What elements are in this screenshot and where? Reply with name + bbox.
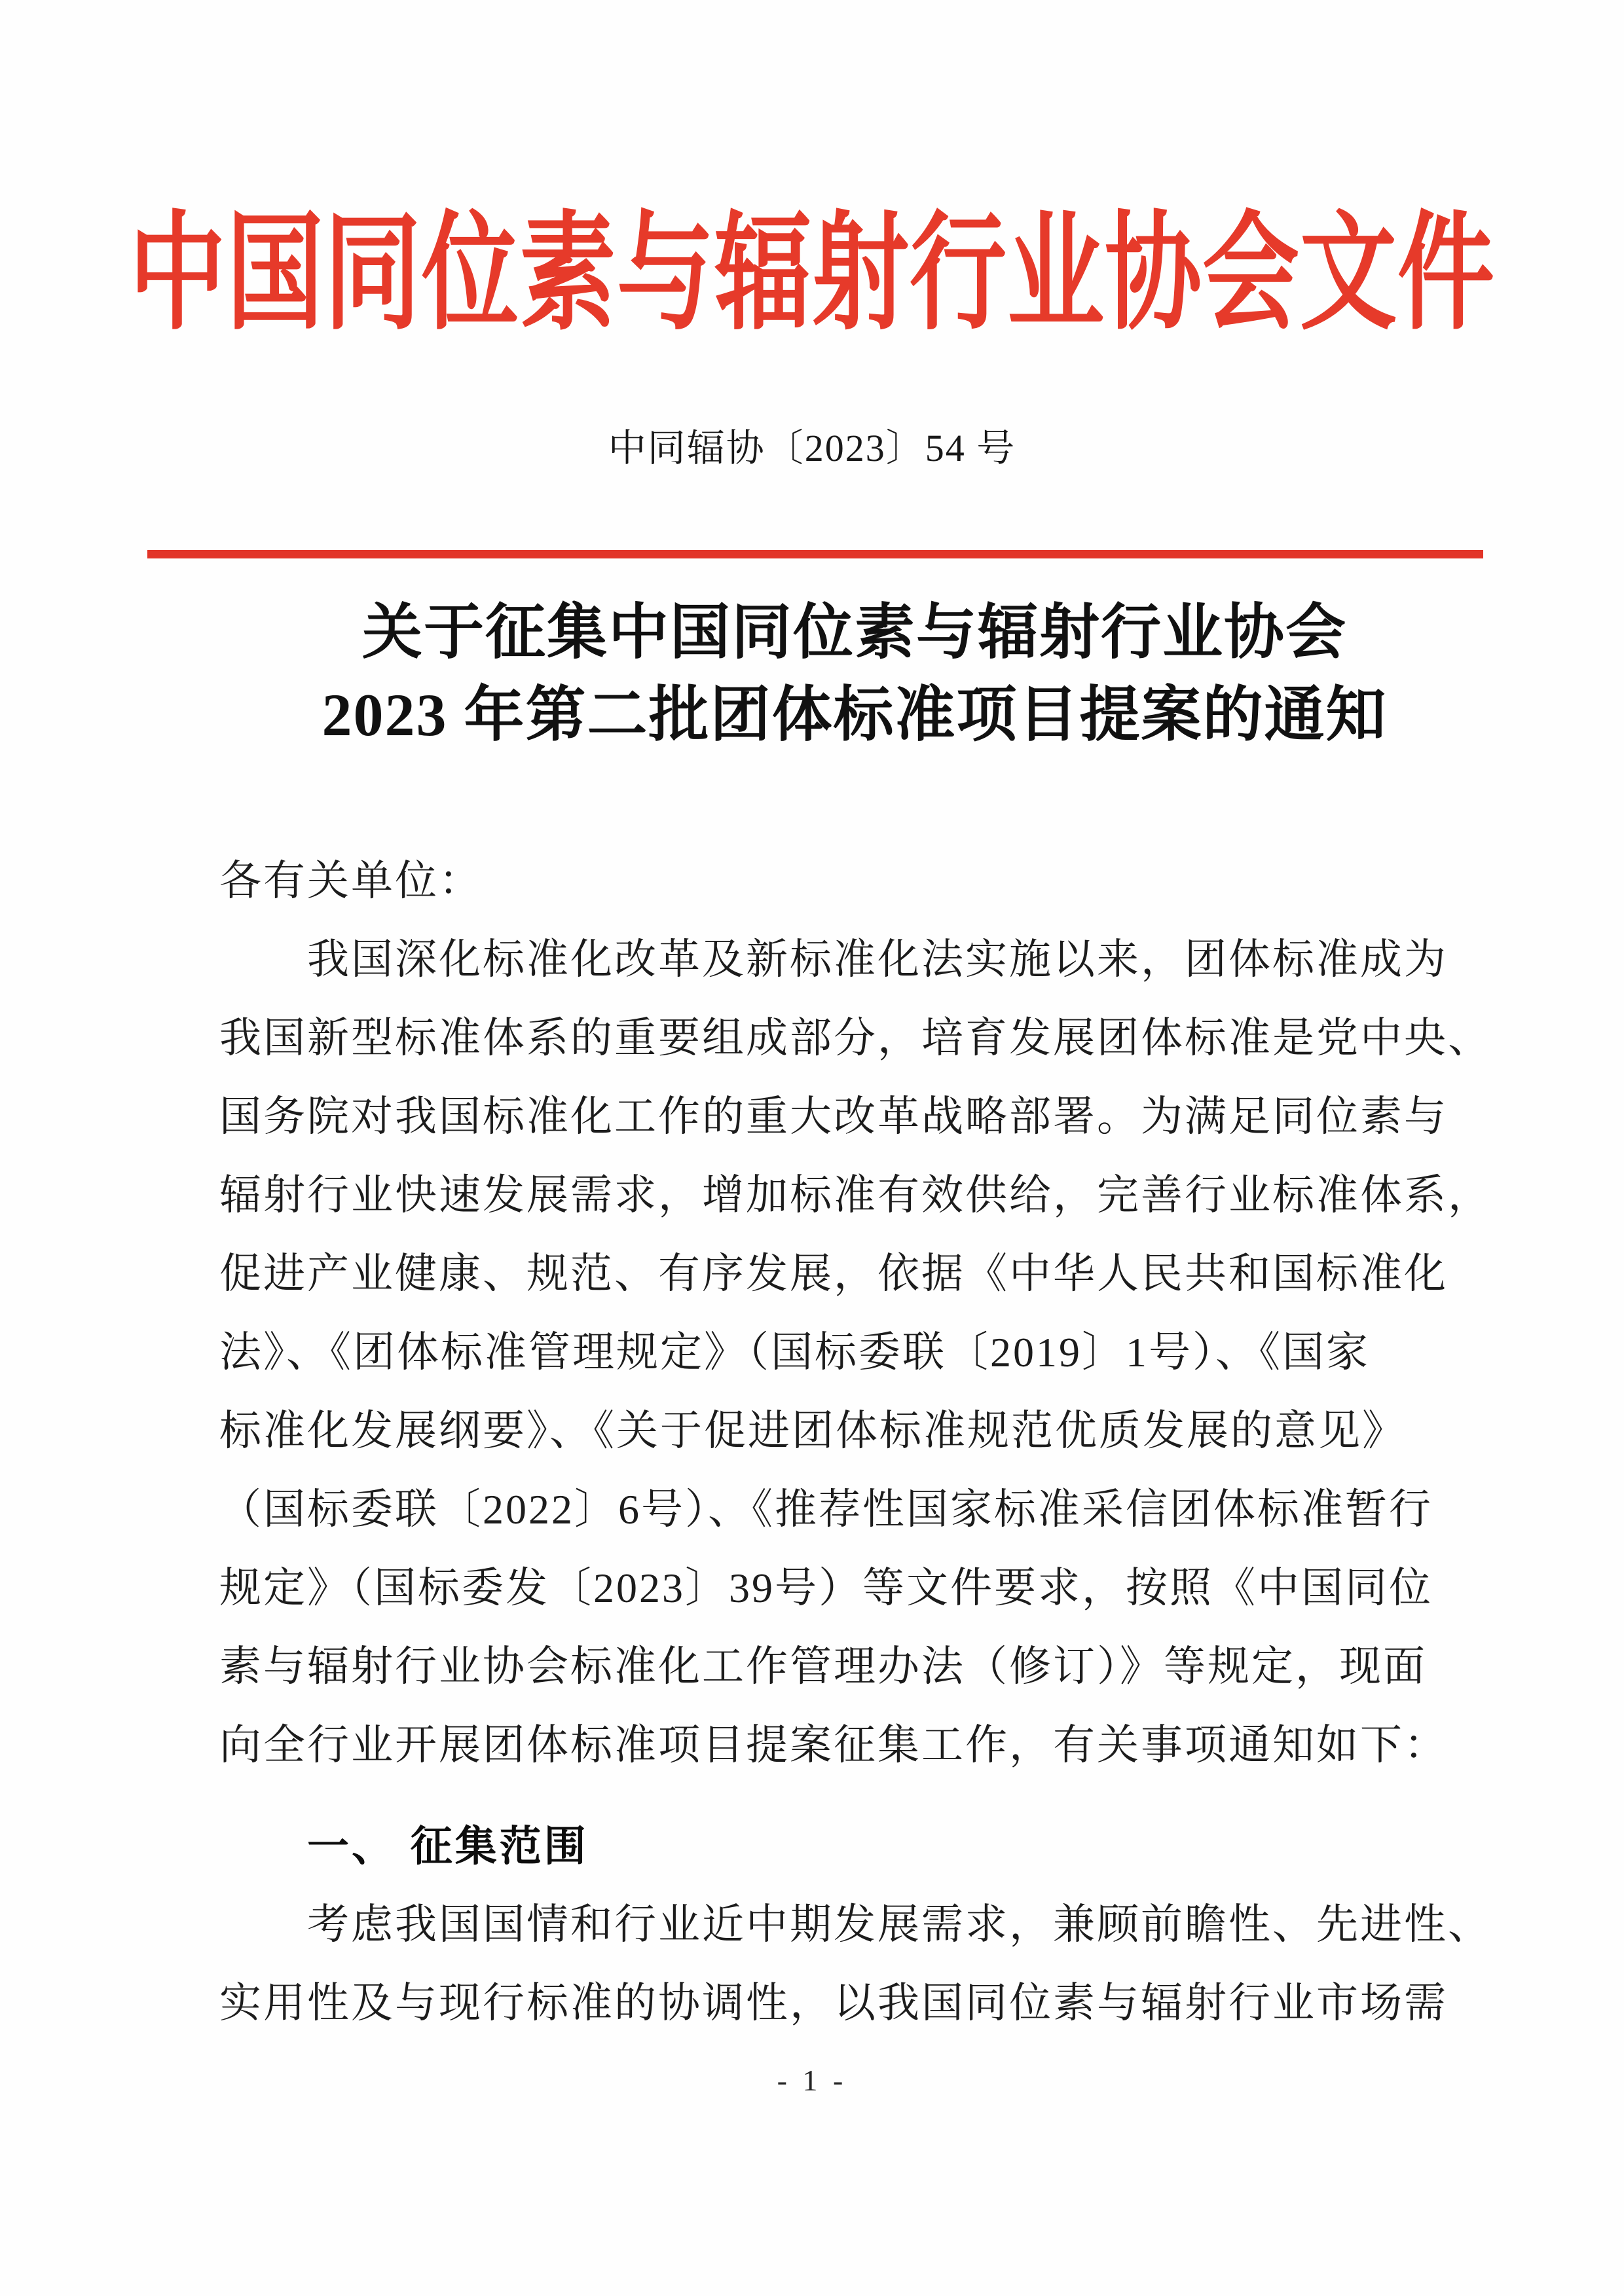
body-line: 辐射行业快速发展需求，增加标准有效供给，完善行业标准体系， — [219, 1156, 1493, 1235]
document-title: 关于征集中国同位素与辐射行业协会 2023 年第二批团体标准项目提案的通知 — [216, 591, 1493, 756]
body-line: 我国深化标准化改革及新标准化法实施以来，团体标准成为 — [219, 920, 1493, 999]
body-line: 考虑我国国情和行业近中期发展需求，兼顾前瞻性、先进性、 — [219, 1886, 1493, 1964]
org-header-title: 中国同位素与辐射行业协会文件 — [0, 211, 1624, 338]
body-line: （国标委联〔2022〕6号）、《推荐性国家标准采信团体标准暂行 — [219, 1470, 1493, 1549]
body-line: 标准化发展纲要》、《关于促进团体标准规范优质发展的意见》 — [219, 1392, 1493, 1470]
body-line: 促进产业健康、规范、有序发展，依据《中华人民共和国标准化 — [219, 1235, 1493, 1313]
document-body: 各有关单位： 我国深化标准化改革及新标准化法实施以来，团体标准成为 我国新型标准… — [219, 842, 1493, 2043]
body-line: 规定》（国标委发〔2023〕39号）等文件要求，按照《中国同位 — [219, 1549, 1493, 1628]
title-line-1: 关于征集中国同位素与辐射行业协会 — [216, 591, 1493, 674]
body-line: 国务院对我国标准化工作的重大改革战略部署。为满足同位素与 — [219, 1078, 1493, 1156]
body-line: 向全行业开展团体标准项目提案征集工作，有关事项通知如下： — [219, 1706, 1493, 1785]
title-line-2: 2023 年第二批团体标准项目提案的通知 — [216, 674, 1493, 756]
body-line: 素与辐射行业协会标准化工作管理办法（修订）》等规定，现面 — [219, 1628, 1493, 1706]
doc-number: 中同辐协〔2023〕54 号 — [0, 426, 1624, 471]
salutation: 各有关单位： — [219, 842, 1493, 920]
body-line: 法》、《团体标准管理规定》（国标委联〔2019〕1号）、《国家 — [219, 1313, 1493, 1392]
document-page: 中国同位素与辐射行业协会文件 中同辐协〔2023〕54 号 关于征集中国同位素与… — [0, 0, 1624, 2296]
section-heading: 一、 征集范围 — [219, 1807, 1493, 1886]
red-divider-line — [147, 550, 1483, 558]
page-number: - 1 - — [0, 2061, 1624, 2100]
body-line: 实用性及与现行标准的协调性，以我国同位素与辐射行业市场需 — [219, 1964, 1493, 2043]
body-line: 我国新型标准体系的重要组成部分，培育发展团体标准是党中央、 — [219, 999, 1493, 1078]
